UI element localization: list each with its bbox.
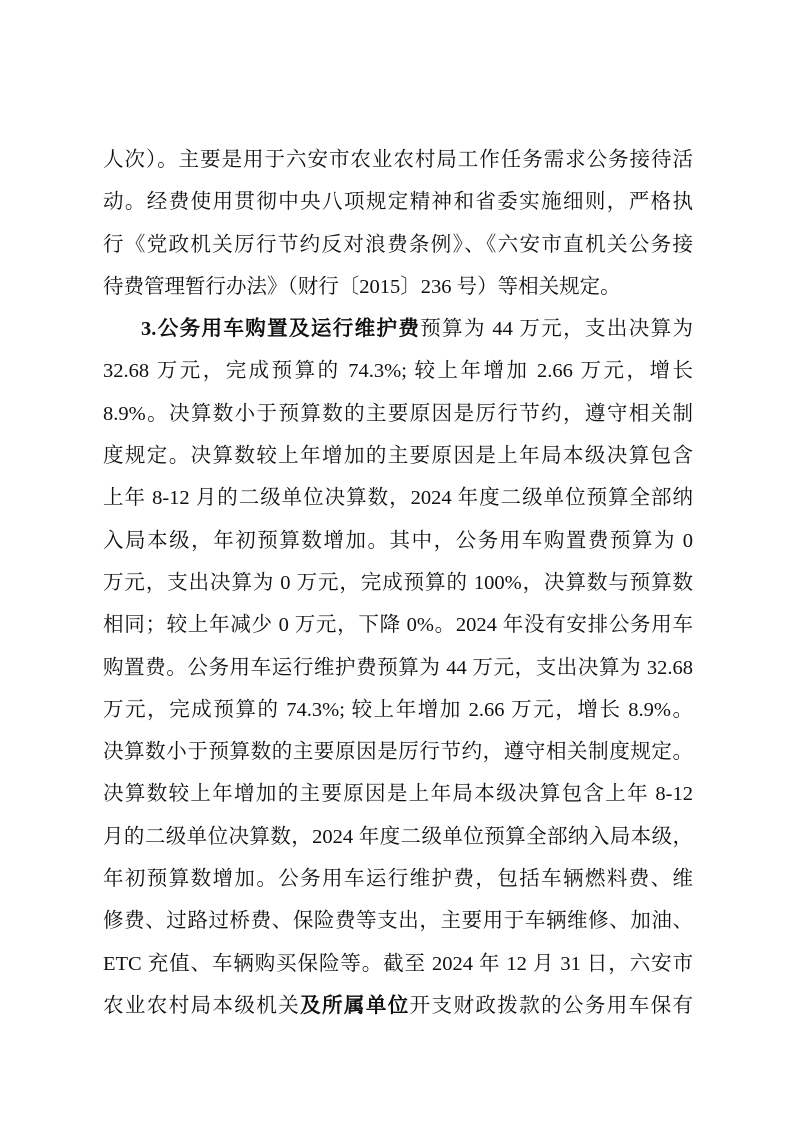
document-text-block: 人次）。主要是用于六安市农业农村局工作任务需求公务接待活 动。经费使用贯彻中央八… [103,139,693,1027]
doc-line: 8.9%。决算数小于预算数的主要原因是厉行节约，遵守相关制 [103,393,693,435]
doc-line: 人次）。主要是用于六安市农业农村局工作任务需求公务接待活 [103,139,693,181]
doc-line: 决算数较上年增加的主要原因是上年局本级决算包含上年 8-12 [103,773,693,815]
doc-line-paragraph-end: 待费管理暂行办法》（财行〔2015〕236 号）等相关规定。 [103,266,693,308]
doc-line: 月的二级单位决算数，2024 年度二级单位预算全部纳入局本级， [103,816,693,858]
doc-line: 年初预算数增加。公务用车运行维护费，包括车辆燃料费、维 [103,858,693,900]
doc-line: 万元，完成预算的 74.3%; 较上年增加 2.66 万元，增长 8.9%。 [103,689,693,731]
doc-line: 上年 8-12 月的二级单位决算数，2024 年度二级单位预算全部纳 [103,477,693,519]
doc-line: ETC 充值、车辆购买保险等。截至 2024 年 12 月 31 日，六安市 [103,943,693,985]
doc-line-heading: 3.公务用车购置及运行维护费预算为 44 万元，支出决算为 [103,308,693,350]
doc-line-mixed-bold: 农业农村局本级机关及所属单位开支财政拨款的公务用车保有 [103,985,693,1027]
document-page: 人次）。主要是用于六安市农业农村局工作任务需求公务接待活 动。经费使用贯彻中央八… [0,0,793,1122]
doc-line: 32.68 万元，完成预算的 74.3%; 较上年增加 2.66 万元，增长 [103,350,693,392]
vehicle-budget-heading-bold: 3.公务用车购置及运行维护费 [141,318,420,340]
doc-line: 动。经费使用贯彻中央八项规定精神和省委实施细则，严格执 [103,181,693,223]
doc-line: 万元，支出决算为 0 万元，完成预算的 100%，决算数与预算数 [103,562,693,604]
doc-line: 决算数小于预算数的主要原因是厉行节约，遵守相关制度规定。 [103,731,693,773]
doc-line: 相同；较上年减少 0 万元，下降 0%。2024 年没有安排公务用车 [103,604,693,646]
doc-line: 修费、过路过桥费、保险费等支出，主要用于车辆维修、加油、 [103,900,693,942]
doc-line: 行《党政机关厉行节约反对浪费条例》、《六安市直机关公务接 [103,224,693,266]
doc-line: 入局本级，年初预算数增加。其中，公务用车购置费预算为 0 [103,520,693,562]
heading-line-rest: 预算为 44 万元，支出决算为 [420,318,693,340]
subordinate-units-bold: 及所属单位 [300,995,410,1017]
doc-line: 度规定。决算数较上年增加的主要原因是上年局本级决算包含 [103,435,693,477]
doc-line: 购置费。公务用车运行维护费预算为 44 万元，支出决算为 32.68 [103,647,693,689]
last-line-post: 开支财政拨款的公务用车保有 [410,995,693,1017]
last-line-pre: 农业农村局本级机关 [103,995,300,1017]
